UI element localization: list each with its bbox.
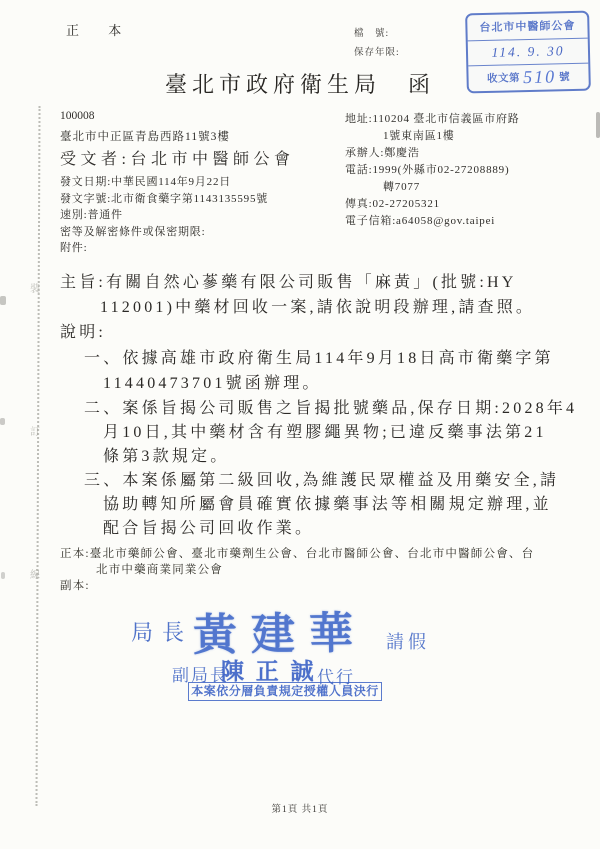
distribution-to-content-1: 臺北市藥師公會、臺北市藥劑生公會、台北市醫師公會、台北市中醫師公會、台: [90, 548, 535, 560]
binding-mark-zhuang: 裝: [30, 280, 40, 295]
subject-line-2: 112001)中藥材回收一案,請依說明段辦理,請查照。: [100, 294, 535, 317]
explanation-item-3-line-1: 三、本案係屬第二級回收,為維護民眾權益及用藥安全,請: [84, 467, 559, 490]
page-number: 第1頁 共1頁: [0, 801, 600, 815]
explanation-item-3-line-3: 配合旨揭公司回收作業。: [103, 515, 314, 538]
stamp-org-row: 台北市中醫師公會: [467, 13, 588, 40]
binding-mark-ding: 訂: [30, 423, 40, 438]
issue-number: 發文字號:北市衛食藥字第1143135595號: [60, 191, 268, 208]
scan-artifact: [596, 112, 600, 138]
fax: 傳真:02-27205321: [345, 196, 520, 213]
explanation-item-2-line-3: 條第3款規定。: [103, 443, 229, 466]
authorization-stamp-box: 本案依分層負責規定授權人員決行: [188, 682, 382, 701]
director-title: 局長: [131, 616, 193, 647]
scanned-official-letter: 裝 訂 線 正 本 檔 號: 保存年限: 臺北市政府衛生局 函 台北市中醫師公會…: [0, 0, 600, 849]
stamp-receipt-row: 收文第 510 號: [468, 63, 589, 91]
scan-artifact: [1, 572, 5, 579]
stamp-receipt-prefix: 收文第: [487, 70, 520, 86]
speed-class: 速別:普通件: [60, 207, 268, 224]
explanation-item-1-line-2: 11440473701號函辦理。: [103, 370, 322, 393]
contact-person: 承辦人:鄭慶浩: [345, 145, 520, 162]
scan-artifact: [0, 296, 6, 305]
email: 電子信箱:a64058@gov.taipei: [345, 213, 520, 230]
attachment-label: 附件:: [60, 240, 268, 257]
stamp-org-name: 台北市中醫師公會: [479, 17, 575, 35]
explanation-item-1-line-1: 一、依據高雄市政府衛生局114年9月18日高市衛藥字第: [84, 345, 554, 368]
stamp-receipt-suffix: 號: [559, 69, 570, 84]
explanation-item-2-line-2: 月10日,其中藥材含有塑膠繩異物;已違反藥事法第21: [103, 419, 547, 442]
subject-line-1: 主旨:有關自然心蔘藥有限公司販售「麻黃」(批號:HY: [60, 269, 517, 292]
phone-line1: 電話:1999(外縣市02-27208889): [345, 162, 520, 179]
sender-address-line1: 地址:110204 臺北市信義區市府路: [345, 111, 520, 128]
distribution-to-line-1: 正本:臺北市藥師公會、臺北市藥劑生公會、台北市醫師公會、台北市中醫師公會、台: [60, 545, 534, 561]
copy-type-label: 正 本: [66, 20, 134, 39]
sender-address-line2: 1號東南區1樓: [345, 128, 520, 145]
file-number-label: 檔 號:: [354, 25, 389, 39]
scan-artifact: [0, 418, 5, 425]
receipt-stamp: 台北市中醫師公會 114. 9. 30 收文第 510 號: [465, 11, 591, 94]
recipient-code: 100008: [60, 110, 95, 122]
distribution-to-line-2: 北市中藥商業同業公會: [96, 561, 223, 577]
stamp-date-row: 114. 9. 30: [468, 37, 589, 65]
meta-left-column: 發文日期:中華民國114年9月22日 發文字號:北市衛食藥字第114313559…: [60, 174, 268, 257]
recipient-address: 臺北市中正區青島西路11號3樓: [60, 128, 230, 144]
recipient-line: 受文者:台北市中醫師公會: [60, 146, 294, 169]
binding-mark-xian: 線: [30, 566, 40, 581]
phone-line2: 轉7077: [345, 179, 520, 196]
stamp-receipt-number: 510: [523, 67, 556, 89]
distribution-to-label: 正本:: [60, 548, 90, 560]
retention-period-label: 保存年限:: [354, 44, 400, 58]
distribution-cc-label: 副本:: [60, 577, 90, 593]
security-class: 密等及解密條件或保密期限:: [60, 224, 268, 241]
issue-date: 發文日期:中華民國114年9月22日: [60, 174, 268, 191]
meta-right-column: 地址:110204 臺北市信義區市府路 1號東南區1樓 承辦人:鄭慶浩 電話:1…: [345, 111, 520, 230]
binding-dotted-line: [35, 106, 40, 806]
explanation-item-3-line-2: 協助轉知所屬會員確實依據藥事法等相關規定辦理,並: [103, 491, 552, 514]
stamp-date: 114. 9. 30: [491, 43, 564, 61]
explanation-item-2-line-1: 二、案係旨揭公司販售之旨揭批號藥品,保存日期:2028年4: [84, 395, 577, 418]
explanation-label: 說明:: [60, 319, 106, 342]
on-leave-note: 請假: [386, 628, 430, 654]
